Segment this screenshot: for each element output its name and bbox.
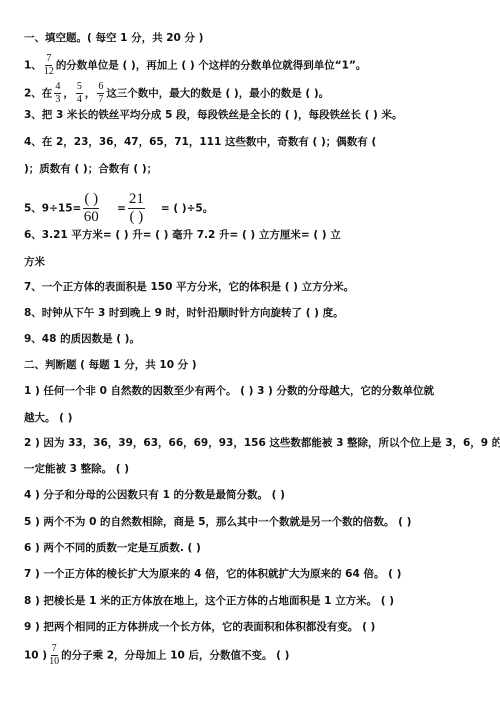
judge-2-cont: 一定能被 3 整除。 ( ): [24, 462, 129, 476]
q1-text: 的分数单位是 ( )，再加上 ( ) 个这样的分数单位就得到单位“1”。: [56, 60, 367, 72]
question-6-line2: 方米: [24, 255, 45, 269]
fraction-4-3: 43: [54, 82, 61, 105]
judge-9: 9 ) 把两个相同的正方体拼成一个长方体，它的表面积和体积都没有变。 ( ): [24, 620, 375, 634]
question-7: 7、一个正方体的表面积是 150 平方分米，它的体积是 ( ) 立方分米。: [24, 280, 354, 294]
fraction-21-blank: 21( ): [128, 192, 145, 225]
separator: ，: [85, 88, 96, 100]
q5-text: = ( )÷5。: [161, 203, 213, 215]
question-4-line1: 4、在 2，23，36，47，65，71，111 这些数中，奇数有 ( )；偶数…: [24, 135, 376, 149]
fraction-7-10: 710: [49, 644, 59, 667]
fraction-7-12: 712: [44, 54, 54, 77]
judge-8: 8 ) 把棱长是 1 米的正方体放在地上，这个正方体的占地面积是 1 立方米。 …: [24, 594, 394, 608]
j10-prefix: 10 ): [24, 650, 47, 662]
section1-title: 一、填空题。( 每空 1 分，共 20 分 ): [24, 31, 203, 45]
judge-7: 7 ) 一个正方体的棱长扩大为原来的 4 倍，它的体积就扩大为原来的 64 倍。…: [24, 567, 401, 581]
q1-prefix: 1、: [24, 60, 42, 72]
question-8: 8、时钟从下午 3 时到晚上 9 时，时针沿顺时针方向旋转了 ( ) 度。: [24, 306, 344, 320]
judge-1-3: 1 ) 任何一个非 0 自然数的因数至少有两个。 ( ) 3 ) 分数的分母越大…: [24, 384, 434, 398]
judge-4: 4 ) 分子和分母的公因数只有 1 的分数是最简分数。 ( ): [24, 488, 285, 502]
fraction-blank-60: ( )60: [83, 192, 99, 225]
question-4-line2: )；质数有 ( )；合数有 ( )；: [24, 162, 157, 176]
j10-text: 的分子乘 2，分母加上 10 后，分数值不变。 ( ): [61, 650, 289, 662]
equals: =: [117, 203, 126, 215]
question-5: 5、9÷15=( )60=21( )= ( )÷5。: [24, 192, 213, 225]
judge-2: 2 ) 因为 33，36，39，63，66，69，93，156 这些数都能被 3…: [24, 436, 500, 450]
question-2: 2、在43，54，67这三个数中，最大的数是 ( )，最小的数是 ( )。: [24, 82, 329, 105]
judge-3-cont: 越大。 ( ): [24, 411, 72, 425]
question-3: 3、把 3 米长的铁丝平均分成 5 段，每段铁丝是全长的 ( )，每段铁丝长 (…: [24, 108, 403, 122]
question-6-line1: 6、3.21 平方米= ( ) 升= ( ) 毫升 7.2 升= ( ) 立方厘…: [24, 228, 341, 242]
judge-6: 6 ) 两个不同的质数一定是互质数. ( ): [24, 541, 201, 555]
q2-text: 这三个数中，最大的数是 ( )，最小的数是 ( )。: [106, 88, 329, 100]
judge-5: 5 ) 两个不为 0 的自然数相除，商是 5，那么其中一个数就是另一个数的倍数。…: [24, 515, 411, 529]
fraction-5-4: 54: [76, 82, 83, 105]
fraction-6-7: 67: [97, 82, 104, 105]
q2-prefix: 2、在: [24, 88, 52, 100]
separator: ，: [63, 88, 74, 100]
judge-10: 10 )710的分子乘 2，分母加上 10 后，分数值不变。 ( ): [24, 644, 289, 667]
section2-title: 二、判断题 ( 每题 1 分，共 10 分 ): [24, 358, 197, 372]
question-9: 9、48 的质因数是 ( )。: [24, 332, 140, 346]
question-1: 1、712的分数单位是 ( )，再加上 ( ) 个这样的分数单位就得到单位“1”…: [24, 54, 366, 77]
q5-prefix: 5、9÷15=: [24, 203, 81, 215]
